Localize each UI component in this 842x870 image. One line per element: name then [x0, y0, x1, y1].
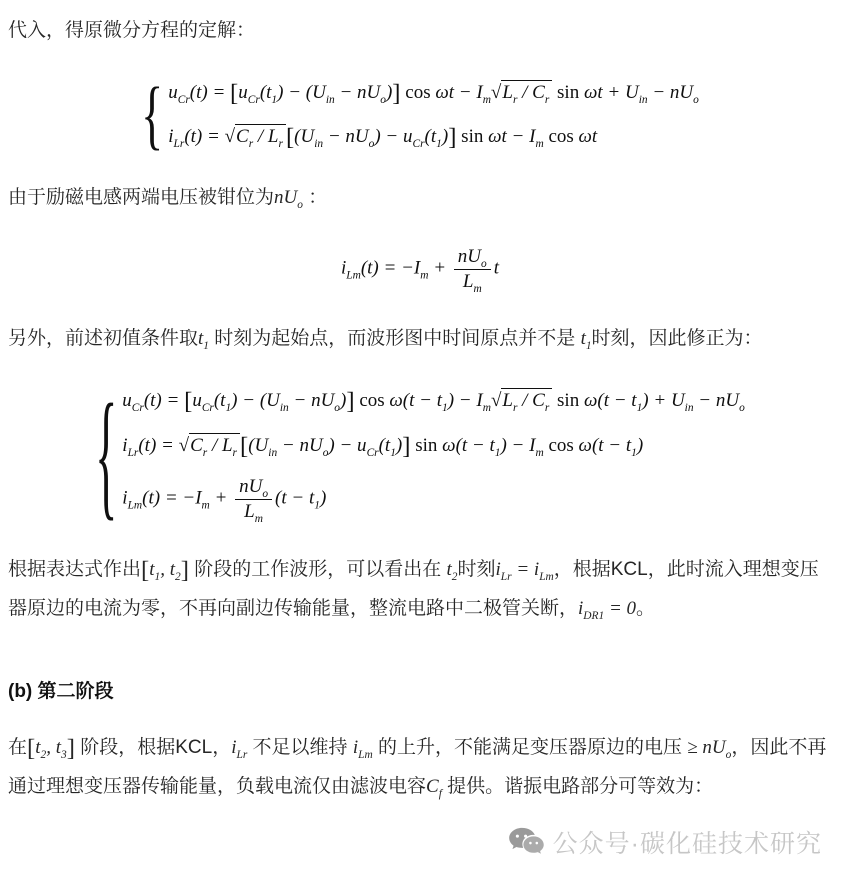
- math-italic: ωt: [579, 126, 598, 147]
- body-text: 。: [636, 598, 655, 619]
- denominator: Lm: [454, 269, 491, 294]
- fraction: nUoLm: [235, 475, 272, 524]
- sqrt-expression: √Cr / Lr: [179, 431, 240, 460]
- math-subscript: Lr: [501, 570, 512, 582]
- math-subscript: m: [483, 94, 491, 106]
- math-roman: cos: [401, 82, 436, 103]
- body-text: 时刻为起始点，而波形图中时间原点并不是: [209, 328, 581, 349]
- math-italic: +: [210, 488, 232, 509]
- equation-line: iLr(t) = √Cr / Lr[(Uin − nUo) − uCr(t1)]…: [168, 122, 597, 151]
- math-subscript: o: [262, 488, 268, 500]
- math-italic: , t: [46, 737, 61, 758]
- body-text: ：: [303, 187, 327, 208]
- math-italic: (U: [294, 126, 314, 147]
- system-brace: {: [95, 384, 117, 526]
- math-italic: ω(t − t: [579, 435, 632, 456]
- body-text: 时刻，因此修正为：: [592, 328, 763, 349]
- watermark: 公众号·碳化硅技术研究: [508, 824, 822, 860]
- math-italic: (t: [260, 82, 272, 103]
- system-brace: {: [141, 76, 163, 153]
- math-subscript: Lm: [358, 749, 373, 761]
- math-subscript: m: [535, 446, 543, 458]
- math-italic: , t: [160, 559, 175, 580]
- radical-sign: √: [491, 390, 501, 411]
- math-roman: cos: [544, 435, 579, 456]
- equation-line: iLr(t) = √Cr / Lr[(Uin − nUo) − uCr(t1)]…: [122, 431, 643, 460]
- math-italic: ω(t − t: [389, 390, 442, 411]
- math-italic: ) − u: [374, 126, 412, 147]
- watermark-text: 公众号·碳化硅技术研究: [553, 824, 822, 860]
- math-italic: (t: [425, 126, 437, 147]
- math-italic: L: [502, 390, 513, 411]
- math-italic: − nU: [289, 390, 335, 411]
- math-italic: ): [320, 488, 326, 509]
- math-subscript: m: [255, 513, 263, 525]
- denominator: Lm: [235, 499, 272, 524]
- body-text: 时刻: [458, 559, 496, 580]
- math-italic: (t) =: [184, 126, 224, 147]
- math-italic: ) + U: [642, 390, 684, 411]
- math-italic: +: [428, 257, 450, 278]
- math-roman: sin: [410, 435, 442, 456]
- math-bracket: [: [286, 124, 294, 151]
- body-text: 提供。谐振电路部分可等效为：: [442, 776, 713, 797]
- math-subscript: Cr: [248, 94, 260, 106]
- math-italic: = i: [512, 559, 540, 580]
- equation-lines: uCr(t) = [uCr(t1) − (Uin − nUo)] cos ω(t…: [122, 386, 745, 523]
- math-italic: − nU: [335, 82, 381, 103]
- equation-lines: uCr(t) = [uCr(t1) − (Uin − nUo)] cos ωt …: [168, 78, 699, 152]
- body-text: 根据表达式作出: [8, 559, 141, 580]
- math-italic: ωt + U: [584, 82, 639, 103]
- body-text: 代入，得原微分方程的定解：: [8, 20, 255, 41]
- math-subscript: in: [280, 402, 289, 414]
- math-subscript: Cr: [367, 446, 379, 458]
- math-subscript: Lm: [539, 570, 554, 582]
- math-italic: − nU: [694, 390, 740, 411]
- clamp-line: 由于励磁电感两端电压被钳位为nUo ：: [8, 179, 832, 218]
- math-bracket: ]: [346, 388, 354, 415]
- body-text: (b) 第二阶段: [8, 681, 114, 702]
- math-italic: ) − (U: [231, 390, 280, 411]
- math-italic: L: [502, 82, 513, 103]
- math-subscript: DR1: [583, 609, 604, 621]
- eq-definite-solution: {uCr(t) = [uCr(t1) − (Uin − nUo)] cos ωt…: [8, 78, 832, 152]
- math-italic: ) − (U: [277, 82, 326, 103]
- math-italic: (t) = −I: [142, 488, 201, 509]
- math-roman: sin: [552, 82, 584, 103]
- math-italic: − nU: [648, 82, 694, 103]
- math-italic: (t) =: [190, 82, 230, 103]
- math-italic: u: [192, 390, 202, 411]
- article-page: 公众号·碳化硅技术研究 代入，得原微分方程的定解：{uCr(t) = [uCr(…: [0, 0, 842, 870]
- document-body: 代入，得原微分方程的定解：{uCr(t) = [uCr(t1) − (Uin −…: [0, 0, 842, 807]
- math-subscript: Cr: [413, 138, 425, 150]
- math-italic: L: [463, 271, 474, 292]
- radical-sign: √: [225, 126, 235, 147]
- radicand: Lr / Cr: [501, 388, 552, 411]
- math-bracket: [: [141, 556, 149, 583]
- math-italic: nU: [239, 476, 262, 497]
- math-italic: − nU: [323, 126, 369, 147]
- math-subscript: in: [639, 94, 648, 106]
- math-italic: nU: [274, 187, 297, 208]
- equation-line: iLm(t) = −Im + nUoLm(t − t1): [122, 475, 326, 524]
- math-subscript: r: [545, 94, 549, 106]
- math-subscript: o: [481, 258, 487, 270]
- radical-sign: √: [179, 435, 189, 456]
- math-subscript: in: [326, 94, 335, 106]
- math-subscript: Cr: [178, 94, 190, 106]
- math-bracket: ]: [181, 556, 189, 583]
- eq-magnetizing-current: iLm(t) = −Im + nUoLmt: [8, 245, 832, 294]
- body-text: 在: [8, 737, 27, 758]
- math-italic: (t) = −I: [361, 257, 420, 278]
- math-italic: / L: [207, 435, 232, 456]
- math-bracket: [: [27, 735, 35, 762]
- math-italic: C: [236, 126, 249, 147]
- math-italic: nU: [458, 246, 481, 267]
- body-text: 阶段，根据KCL，: [75, 737, 231, 758]
- equation-line: uCr(t) = [uCr(t1) − (Uin − nUo)] cos ω(t…: [122, 386, 745, 415]
- math-italic: u: [122, 390, 132, 411]
- math-italic: u: [168, 82, 178, 103]
- stage2-paragraph: 在[t2, t3] 阶段，根据KCL，iLr 不足以维持 iLm 的上升，不能满…: [8, 729, 832, 807]
- math-subscript: o: [693, 94, 699, 106]
- radicand: Lr / Cr: [501, 80, 552, 103]
- body-text: 阶段的工作波形，可以看出在: [189, 559, 447, 580]
- math-italic: ): [637, 435, 643, 456]
- math-subscript: m: [202, 499, 210, 511]
- math-italic: (t) =: [138, 435, 178, 456]
- sqrt-expression: √Lr / Cr: [491, 386, 552, 415]
- radical-sign: √: [491, 82, 501, 103]
- math-subscript: Cr: [202, 402, 214, 414]
- math-italic: C: [426, 776, 439, 797]
- equation-line: uCr(t) = [uCr(t1) − (Uin − nUo)] cos ωt …: [168, 78, 699, 107]
- math-subscript: Lm: [128, 499, 143, 511]
- math-subscript: in: [685, 402, 694, 414]
- math-bracket: ]: [392, 79, 400, 106]
- math-italic: (t: [379, 435, 391, 456]
- math-subscript: Cr: [132, 402, 144, 414]
- math-italic: ) − u: [328, 435, 366, 456]
- math-italic: ω(t − t: [442, 435, 495, 456]
- math-italic: u: [238, 82, 248, 103]
- math-roman: cos: [544, 126, 579, 147]
- radicand: Cr / Lr: [235, 124, 286, 147]
- math-italic: ) − I: [500, 435, 535, 456]
- math-italic: / L: [253, 126, 278, 147]
- sqrt-expression: √Lr / Cr: [491, 78, 552, 107]
- math-italic: (t: [214, 390, 226, 411]
- stage2-heading: (b) 第二阶段: [8, 676, 832, 703]
- body-text: 不足以维持: [247, 737, 353, 758]
- math-subscript: in: [268, 446, 277, 458]
- math-subscript: Lr: [174, 138, 185, 150]
- fraction: nUoLm: [454, 245, 491, 294]
- math-italic: ω(t − t: [584, 390, 637, 411]
- math-bracket: [: [240, 432, 248, 459]
- math-subscript: o: [739, 402, 745, 414]
- sqrt-expression: √Cr / Lr: [225, 122, 286, 151]
- math-italic: (U: [248, 435, 268, 456]
- math-subscript: Lm: [346, 269, 361, 281]
- wechat-icon: [508, 827, 545, 858]
- body-text: 另外，前述初值条件取: [8, 328, 198, 349]
- math-subscript: r: [233, 446, 237, 458]
- math-italic: / C: [517, 82, 544, 103]
- math-subscript: in: [314, 138, 323, 150]
- math-subscript: m: [473, 282, 481, 294]
- math-italic: ) − I: [448, 390, 483, 411]
- math-roman: cos: [355, 390, 390, 411]
- equation-line: iLm(t) = −Im + nUoLmt: [341, 245, 499, 294]
- equation-lines: iLm(t) = −Im + nUoLmt: [341, 245, 499, 294]
- numerator: nUo: [454, 245, 491, 269]
- math-subscript: r: [545, 402, 549, 414]
- math-roman: sin: [456, 126, 488, 147]
- intro-line: 代入，得原微分方程的定解：: [8, 12, 832, 51]
- numerator: nUo: [235, 475, 272, 499]
- radicand: Cr / Lr: [189, 433, 240, 456]
- math-bracket: ]: [67, 735, 75, 762]
- eq-corrected-system: {uCr(t) = [uCr(t1) − (Uin − nUo)] cos ω(…: [8, 386, 832, 523]
- math-italic: L: [244, 501, 255, 522]
- math-italic: ≥ nU: [687, 737, 725, 758]
- math-italic: (t − t: [275, 488, 314, 509]
- math-italic: ωt − I: [488, 126, 535, 147]
- math-subscript: m: [535, 138, 543, 150]
- math-italic: t: [494, 257, 499, 278]
- math-subscript: Lr: [236, 749, 247, 761]
- math-roman: sin: [552, 390, 584, 411]
- body-text: 的上升，不能满足变压器原边的电压: [373, 737, 688, 758]
- math-subscript: Lr: [128, 446, 139, 458]
- correction-line: 另外，前述初值条件取t1 时刻为起始点，而波形图中时间原点并不是 t1时刻，因此…: [8, 320, 832, 359]
- math-italic: = 0: [604, 598, 636, 619]
- math-italic: (t) =: [144, 390, 184, 411]
- body-text: 由于励磁电感两端电压被钳位为: [8, 187, 274, 208]
- math-subscript: m: [483, 402, 491, 414]
- math-subscript: r: [279, 138, 283, 150]
- math-italic: ωt − I: [435, 82, 482, 103]
- math-italic: C: [190, 435, 203, 456]
- math-italic: − nU: [277, 435, 323, 456]
- math-italic: / C: [517, 390, 544, 411]
- kcl-paragraph: 根据表达式作出[t1, t2] 阶段的工作波形，可以看出在 t2时刻iLr = …: [8, 551, 832, 629]
